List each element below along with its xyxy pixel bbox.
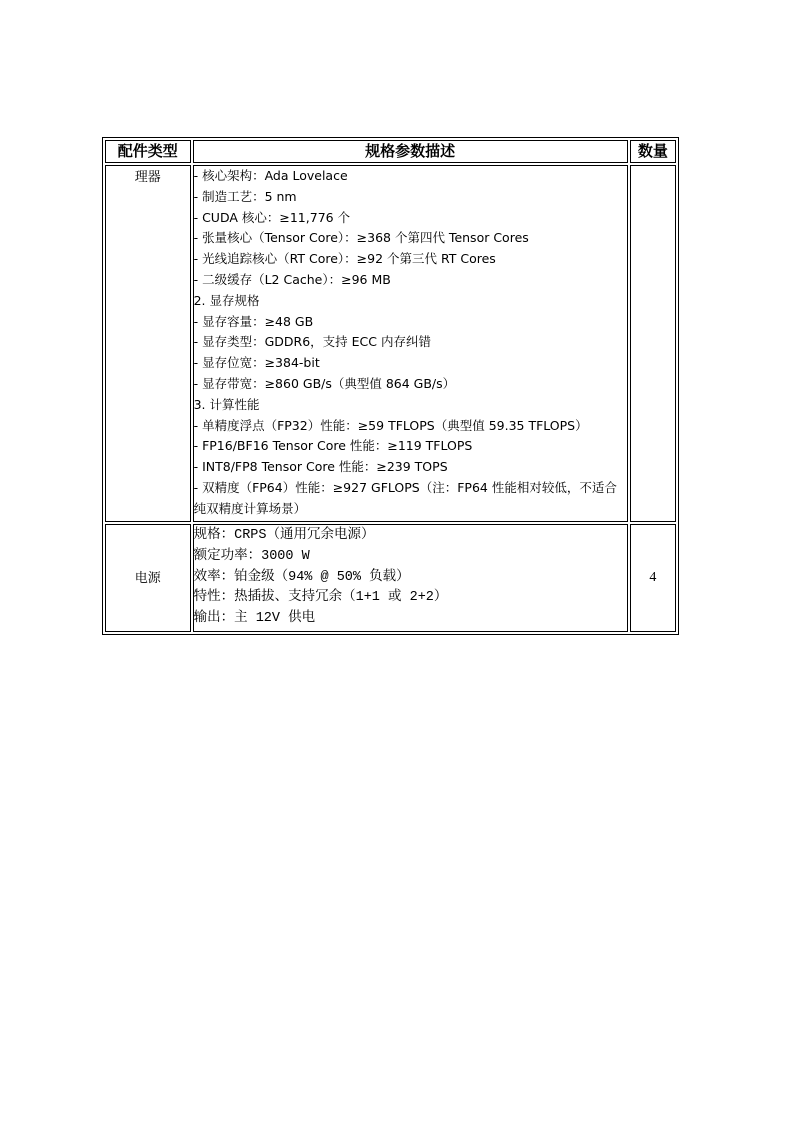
spec-line: - 显存带宽：≥860 GB/s（典型值 864 GB/s） [194,374,627,395]
spec-line: 额定功率：3000 W [194,547,627,568]
spec-line: 特性：热插拔、支持冗余（1+1 或 2+2） [194,588,627,609]
spec-line: - 显存容量：≥48 GB [194,312,627,333]
spec-line: - 张量核心（Tensor Core）：≥368 个第四代 Tensor Cor… [194,228,627,249]
table-row-psu: 电源 规格：CRPS（通用冗余电源） 额定功率：3000 W 效率：铂金级（94… [105,524,676,632]
component-type-cell: 理器 [105,165,191,522]
spec-line: - FP16/BF16 Tensor Core 性能：≥119 TFLOPS [194,436,627,457]
header-quantity: 数量 [630,140,676,163]
table-row-gpu: 理器 - 核心架构：Ada Lovelace - 制造工艺：5 nm - CUD… [105,165,676,522]
spec-line: 规格：CRPS（通用冗余电源） [194,526,627,547]
spec-line: - 单精度浮点（FP32）性能：≥59 TFLOPS（典型值 59.35 TFL… [194,416,627,437]
header-component-type: 配件类型 [105,140,191,163]
spec-description-cell: - 核心架构：Ada Lovelace - 制造工艺：5 nm - CUDA 核… [193,165,628,522]
component-type-cell: 电源 [105,524,191,632]
spec-line: - 显存类型：GDDR6，支持 ECC 内存纠错 [194,332,627,353]
spec-line: - 二级缓存（L2 Cache）：≥96 MB [194,270,627,291]
spec-line: - 光线追踪核心（RT Core）：≥92 个第三代 RT Cores [194,249,627,270]
spec-line: - 核心架构：Ada Lovelace [194,166,627,187]
spec-table: 配件类型 规格参数描述 数量 理器 - 核心架构：Ada Lovelace - … [102,137,679,635]
spec-line: - 显存位宽：≥384-bit [194,353,627,374]
header-row: 配件类型 规格参数描述 数量 [105,140,676,163]
spec-line: 输出：主 12V 供电 [194,609,627,630]
header-spec-description: 规格参数描述 [193,140,628,163]
spec-line: - 制造工艺：5 nm [194,187,627,208]
quantity-cell [630,165,676,522]
spec-line: - CUDA 核心：≥11,776 个 [194,208,627,229]
spec-line: - 双精度（FP64）性能：≥927 GFLOPS（注：FP64 性能相对较低，… [194,478,627,520]
spec-description-cell: 规格：CRPS（通用冗余电源） 额定功率：3000 W 效率：铂金级（94% @… [193,524,628,632]
quantity-cell: 4 [630,524,676,632]
spec-section-heading: 3. 计算性能 [194,395,627,416]
spec-section-heading: 2. 显存规格 [194,291,627,312]
spec-line: 效率：铂金级（94% @ 50% 负载） [194,568,627,589]
spec-line: - INT8/FP8 Tensor Core 性能：≥239 TOPS [194,457,627,478]
